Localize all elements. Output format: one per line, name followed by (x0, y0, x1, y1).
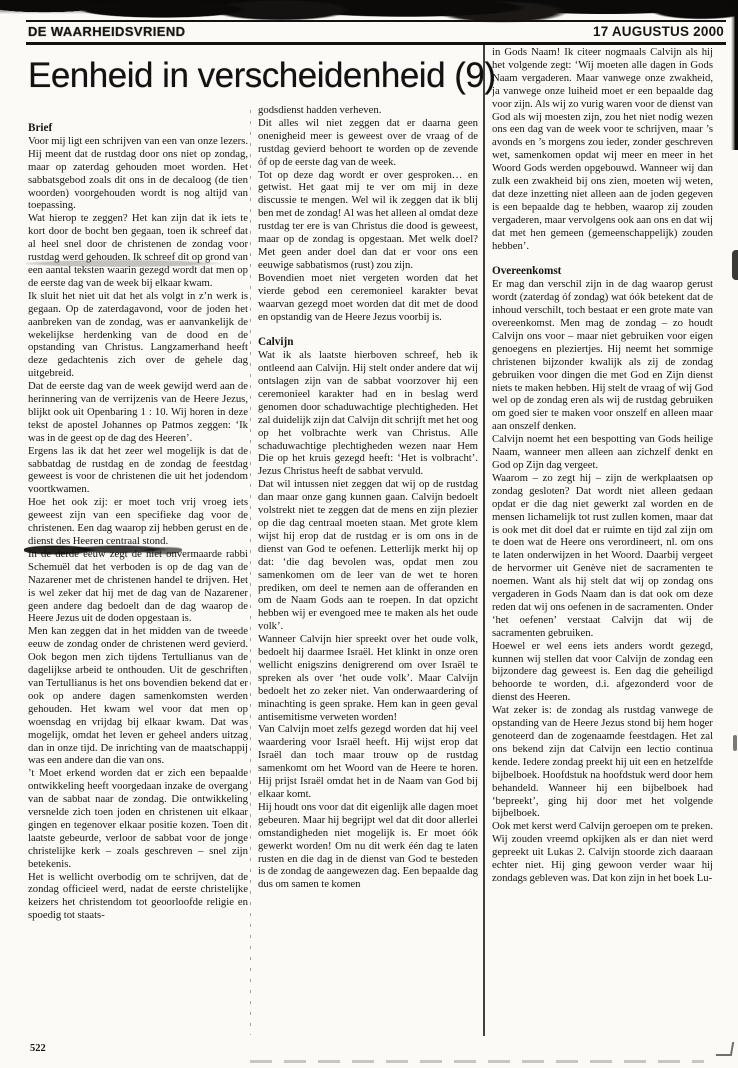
magazine-page-scan: DE WAARHEIDSVRIEND 17 AUGUSTUS 2000 Eenh… (0, 0, 738, 1068)
body-paragraph: Bovendien moet niet vergeten worden dat … (258, 272, 478, 324)
body-paragraph: Het is wellicht overbodig om te schrijve… (28, 871, 248, 923)
body-paragraph: Dat de eerste dag van de week gewijd wer… (28, 380, 248, 445)
body-paragraph: Ook met kerst werd Calvijn geroepen om t… (492, 820, 713, 885)
column-divider-rule (483, 44, 485, 1036)
body-paragraph: Wat zeker is: de zondag als rustdag vanw… (492, 704, 713, 820)
body-paragraph: Van Calvijn moet zelfs gezegd worden dat… (258, 723, 478, 800)
body-paragraph: in Gods Naam! Ik citeer nogmaals Calvijn… (492, 46, 713, 253)
body-paragraph: Tot op deze dag wordt er over gesproken…… (258, 169, 478, 272)
masthead-rule-bottom (26, 42, 726, 45)
body-paragraph: Men kan zeggen dat in het midden van de … (28, 625, 248, 767)
body-paragraph: Wat ik als laatste hierboven schreef, he… (258, 349, 478, 478)
body-paragraph: Calvijn noemt het een bespotting van God… (492, 433, 713, 472)
body-paragraph: ’t Moet erkend worden dat er zich een be… (28, 767, 248, 870)
text-column-3: in Gods Naam! Ik citeer nogmaals Calvijn… (492, 46, 713, 1041)
body-paragraph: Wat hierop te zeggen? Het kan zijn dat i… (28, 212, 248, 289)
section-heading: Brief (28, 122, 248, 135)
publication-name: DE WAARHEIDSVRIEND (28, 24, 185, 39)
page-number: 522 (30, 1043, 46, 1054)
body-paragraph: Hoe het ook zij: er moet toch vrij vroeg… (28, 496, 248, 548)
body-paragraph: godsdienst hadden verheven. (258, 104, 478, 117)
issue-date: 17 AUGUSTUS 2000 (593, 24, 724, 39)
scan-corner-mark (716, 1042, 734, 1056)
body-paragraph: Ik sluit het niet uit dat het als volgt … (28, 290, 248, 380)
scan-ink-blob (733, 735, 737, 751)
article-title: Eenheid in verscheidenheid (9) (28, 56, 498, 96)
body-paragraph: Hoewel er wel eens iets anders wordt gez… (492, 640, 713, 705)
body-paragraph: Ergens las ik dat het zeer wel mogelijk … (28, 445, 248, 497)
masthead: DE WAARHEIDSVRIEND 17 AUGUSTUS 2000 (26, 20, 726, 45)
body-paragraph: Er mag dan verschil zijn in de dag waaro… (492, 278, 713, 433)
body-paragraph: Voor mij ligt een schrijven van een van … (28, 135, 248, 212)
body-paragraph: Dat wil intussen niet zeggen dat wij op … (258, 478, 478, 633)
text-column-2: godsdienst hadden verheven.Dit alles wil… (258, 104, 478, 1038)
column-divider-faint (250, 110, 251, 1035)
scan-ink-blob (732, 250, 738, 280)
body-paragraph: In de derde eeuw zegt de niet onvermaard… (28, 548, 248, 625)
section-heading: Calvijn (258, 336, 478, 349)
text-column-1: BriefVoor mij ligt een schrijven van een… (28, 122, 248, 1038)
section-heading: Overeenkomst (492, 265, 713, 278)
body-paragraph: Dit alles wil niet zeggen dat er daarna … (258, 117, 478, 169)
body-paragraph: Hij houdt ons voor dat dit eigenlijk all… (258, 801, 478, 891)
body-paragraph: Waarom – zo zegt hij – zijn de werkplaat… (492, 472, 713, 640)
body-paragraph: Wanneer Calvijn hier spreekt over het ou… (258, 633, 478, 723)
scan-artifact-right-edge (730, 0, 738, 150)
scan-smudge-bottom (250, 1060, 704, 1063)
